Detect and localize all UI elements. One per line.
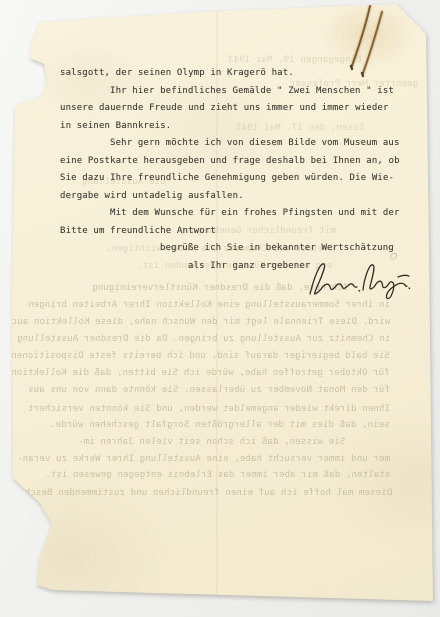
bleed-through-line: Ich höre, daß die Dresdner Künstlerverei… [92, 283, 348, 294]
bleed-through-fragment: Eingegangen 19. Mai 1943 [228, 55, 362, 66]
typed-letter-line: Sehr gern möchte ich von diesem Bilde vo… [110, 138, 400, 149]
paper-sheet: Eingegangen 19. Mai 1943geehrter Herr Pr… [0, 0, 440, 617]
typed-letter-line: Bitte um freundliche Antwort [60, 226, 216, 237]
typed-letter-line: unsere dauernde Freude und zieht uns imm… [60, 103, 389, 114]
bleed-through-line: Sie bald begieriger darauf sind, und ich… [11, 351, 390, 362]
bleed-through-line: für Oktober getroffen habe, würde ich Si… [11, 368, 390, 379]
bleed-through-line: Sie wissen, daß ich schon seit vielen Ja… [78, 437, 345, 448]
bleed-through-line: Diesem mal hoffe ich auf einen freundlic… [8, 488, 392, 499]
typed-letter-line: Mit dem Wunsche für ein frohes Pfingsten… [110, 208, 400, 219]
typed-letter-line: eine Postkarte herausgeben und frage des… [60, 156, 400, 167]
bleed-through-line: für den Monat November zu überlassen. Si… [28, 385, 390, 396]
typed-letter-line: dergabe wird untadelig ausfallen. [60, 191, 244, 202]
bleed-through-line: stalten, daß mir aber immer das Erlebnis… [45, 470, 390, 481]
bleed-through-fragment: Essen, den 17. Mai 1943 [236, 123, 364, 134]
bleed-through-line: wird. Diese Triennale legt mir den Wunsc… [6, 317, 390, 328]
pencil-mark [391, 253, 397, 259]
bleed-through-line: mer und immer versucht habe, eine Ausste… [17, 454, 390, 465]
typed-letter-line: salsgott, der seinen Olymp in Kragerö ha… [60, 68, 294, 79]
typed-letter-line: als Ihr ganz ergebener [188, 261, 311, 272]
typed-letter-line: Sie dazu Ihre freundliche Genehmigung ge… [60, 173, 394, 184]
typed-letter-line: in seinen Bannkreis. [60, 121, 171, 132]
bleed-through-line: sein, daß dies mit der allergrößten Sorg… [50, 420, 390, 431]
typed-letter-line: Ihr hier befindliches Gemälde " Zwei Men… [110, 86, 394, 97]
bleed-through-line: Ihnen direkt wieder angemeldet werden, u… [28, 404, 390, 415]
paper-shadow: Eingegangen 19. Mai 1943geehrter Herr Pr… [0, 0, 440, 617]
bleed-through-line: in ihrer Sommerausstellung eine Kollekti… [28, 300, 390, 311]
typed-letter-line: begrüße ich Sie in bekannter Wertschätzu… [160, 243, 394, 254]
letter-scan: Eingegangen 19. Mai 1943geehrter Herr Pr… [0, 0, 440, 617]
bleed-through-line: in Chemnitz zur Ausstellung zu bringen. … [17, 334, 390, 345]
